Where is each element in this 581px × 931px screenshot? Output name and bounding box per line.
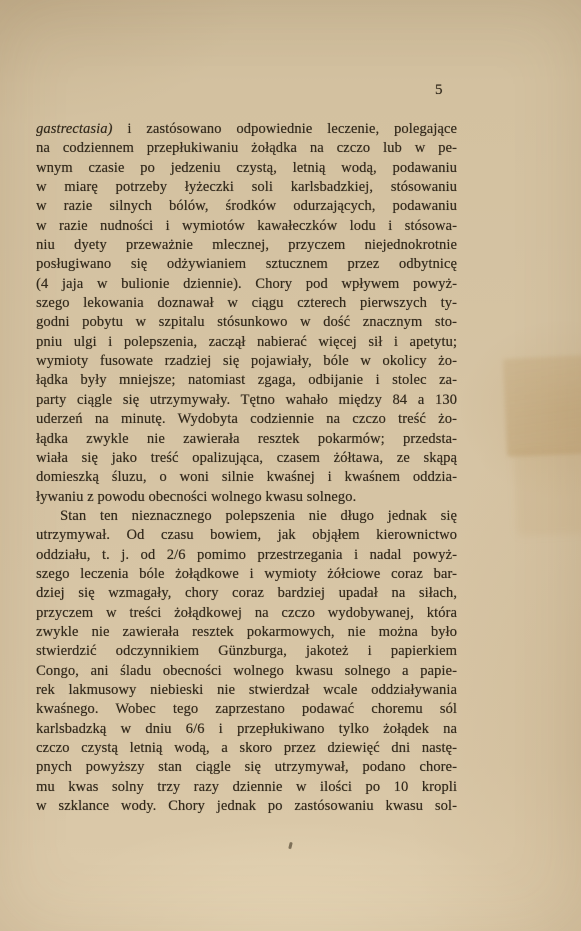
text-line: wnym czasie po jedzeniu czystą, letnią w… [36,159,457,178]
scanned-book-page: 5 gastrectasia) i zastósowano odpowiedni… [0,0,581,931]
text-line: wiała się jako treść opalizująca, czasem… [36,449,457,468]
text-line: (4 jaja w bulionie dziennie). Chory pod … [36,275,457,294]
text-line: posługiwano się odżywianiem sztucznem pr… [36,255,457,274]
text-line: przyczem w treści żołądkowej na czczo wy… [36,604,457,623]
text-line: dziej się wzmagały, chory coraz bardziej… [36,584,457,603]
text-line: pnych powyższy stan ciągle się utrzymywa… [36,758,457,777]
line-group: na codziennem przepłukiwaniu żołądka na … [36,139,457,487]
text-line: na codziennem przepłukiwaniu żołądka na … [36,139,457,158]
paragraph-2: Stan ten nieznacznego polepszenia nie dł… [36,507,457,817]
text-line: rek lakmusowy niebieski nie stwierdzał w… [36,681,457,700]
text-line: łądka były mniejsze; natomiast zgaga, od… [36,371,457,390]
text-line: ływaniu z powodu obecności wolnego kwasu… [36,488,457,507]
line-group: utrzymywał. Od czasu bowiem, jak objąłem… [36,526,457,816]
lead-line-rest: i zastósowano odpowiednie leczenie, pole… [127,121,457,137]
paper-stain [503,355,581,457]
text-line: niu dyety przeważnie mlecznej, przyczem … [36,236,457,255]
text-line: stwierdzić odczynnikiem Günzburga, jakot… [36,642,457,661]
text-line: domieszką śluzu, o woni silnie kwaśnej i… [36,468,457,487]
text-line: pniu ulgi i polepszenia, zaczął nabierać… [36,333,457,352]
text-line: łądka zwykle nie zawierała resztek pokar… [36,430,457,449]
text-line: w razie nudności i wymiotów kawałeczków … [36,217,457,236]
text-line: Stan ten nieznacznego polepszenia nie dł… [36,507,457,526]
text-line: w miarę potrzeby łyżeczki soli karlsbadz… [36,178,457,197]
text-line: uderzeń na minutę. Wydobyta codziennie n… [36,410,457,429]
text-line: czczo czystą letnią wodą, a skoro przez … [36,739,457,758]
body-text: gastrectasia) i zastósowano odpowiednie … [36,120,457,816]
ink-speck [288,842,292,849]
text-line-lead: gastrectasia) i zastósowano odpowiednie … [36,120,457,139]
text-line: Congo, ani śladu obecności wolnego kwasu… [36,662,457,681]
paper-stain-faint [513,448,581,537]
text-line: party ciągle się utrzymywały. Tętno waha… [36,391,457,410]
text-line: zwykle nie zawierała resztek pokarmowych… [36,623,457,642]
paragraph-1: gastrectasia) i zastósowano odpowiednie … [36,120,457,507]
text-line: szego leczenia bóle żołądkowe i wymioty … [36,565,457,584]
italic-medical-term: gastrectasia) [36,121,112,137]
text-line: w razie silnych bólów, środków odurzając… [36,197,457,216]
text-line: w szklance wody. Chory jednak po zastóso… [36,797,457,816]
page-number: 5 [435,82,443,99]
text-line: utrzymywał. Od czasu bowiem, jak objąłem… [36,526,457,545]
text-line: karlsbadzką w dniu 6/6 i przepłukiwano t… [36,720,457,739]
text-line: wymioty fusowate rzadziej się pojawiały,… [36,352,457,371]
text-line: godni pobytu w szpitalu stósunkowo w doś… [36,313,457,332]
text-line: mu kwas solny trzy razy dziennie w ilośc… [36,778,457,797]
text-line: oddziału, t. j. od 2/6 pomimo przestrzeg… [36,546,457,565]
text-line: kwaśnego. Wobec tego zaprzestano podawać… [36,700,457,719]
text-line: szego lekowania doznawał w ciągu czterec… [36,294,457,313]
